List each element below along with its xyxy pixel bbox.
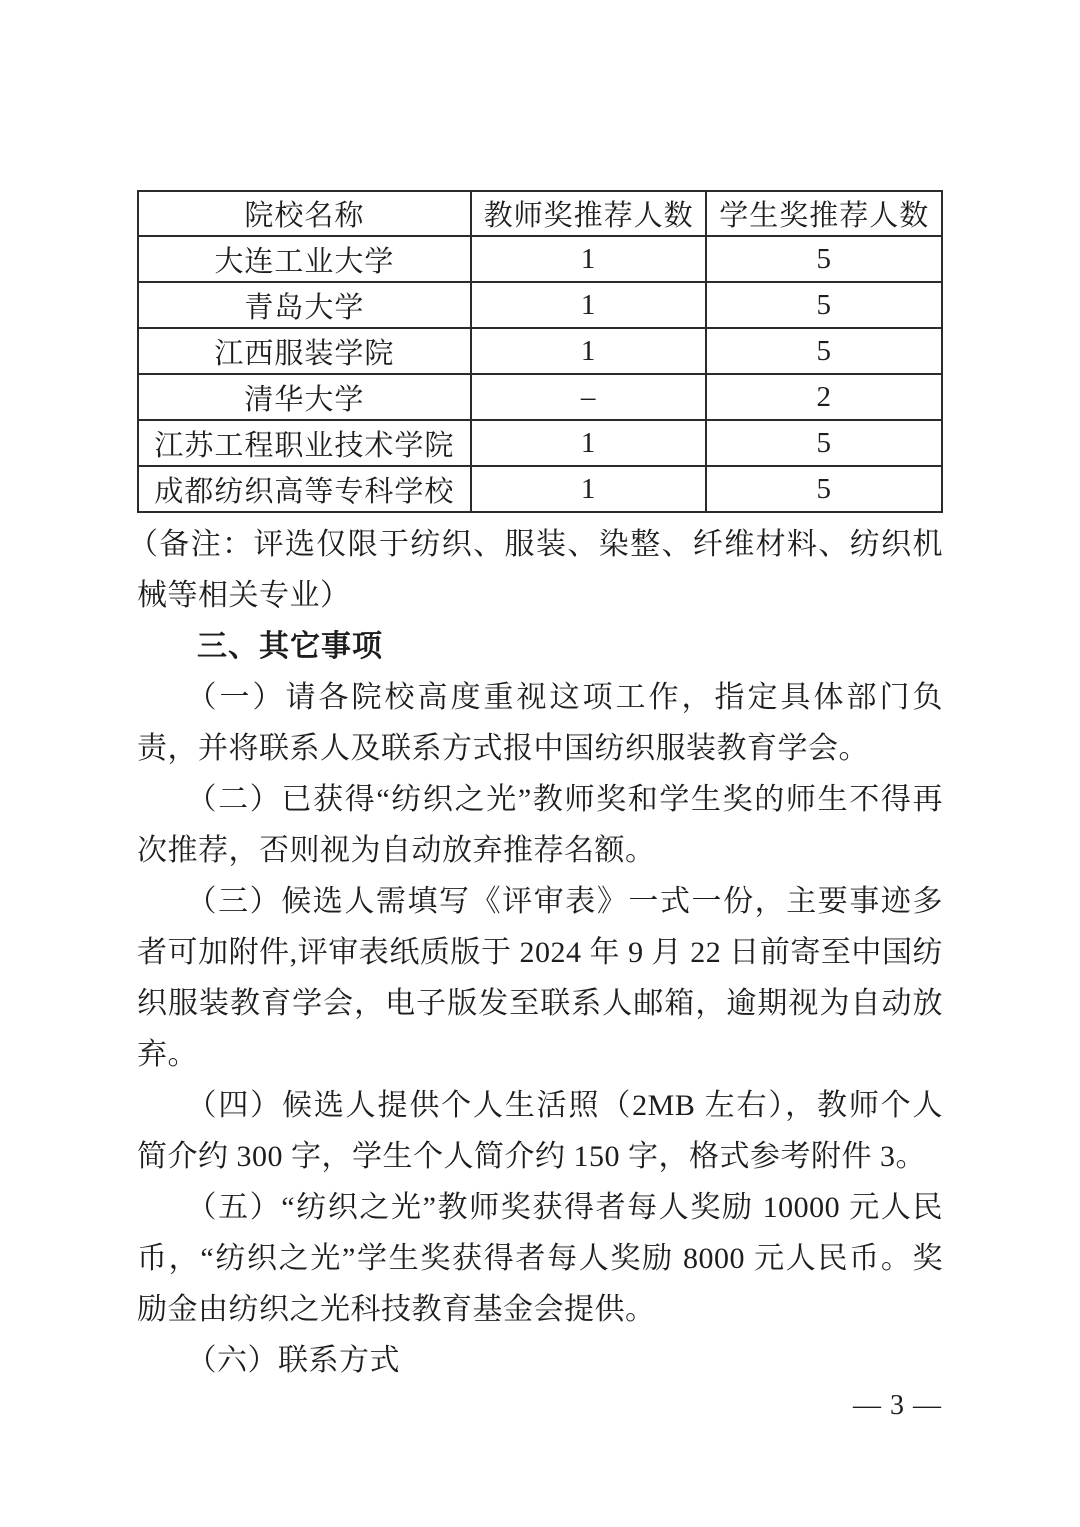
col-header-teacher-quota: 教师奖推荐人数 xyxy=(471,191,707,236)
table-row: 江苏工程职业技术学院 1 5 xyxy=(138,420,942,466)
paragraph-6: （六）联系方式 xyxy=(137,1335,943,1386)
student-quota-cell: 5 xyxy=(706,420,942,466)
document-content: 院校名称 教师奖推荐人数 学生奖推荐人数 大连工业大学 1 5 青岛大学 1 5… xyxy=(137,190,943,1386)
section-heading: 三、其它事项 xyxy=(137,621,943,672)
table-row: 青岛大学 1 5 xyxy=(138,282,942,328)
paragraph-3: （三）候选人需填写《评审表》一式一份，主要事迹多者可加附件,评审表纸质版于 20… xyxy=(137,876,943,1080)
table-row: 大连工业大学 1 5 xyxy=(138,236,942,282)
school-name-cell: 江西服装学院 xyxy=(138,328,471,374)
school-name-cell: 青岛大学 xyxy=(138,282,471,328)
student-quota-cell: 5 xyxy=(706,466,942,512)
teacher-quota-cell: 1 xyxy=(471,420,707,466)
teacher-quota-cell: 1 xyxy=(471,236,707,282)
student-quota-cell: 5 xyxy=(706,236,942,282)
col-header-student-quota: 学生奖推荐人数 xyxy=(706,191,942,236)
paragraph-5: （五）“纺织之光”教师奖获得者每人奖励 10000 元人民币，“纺织之光”学生奖… xyxy=(137,1182,943,1335)
school-name-cell: 江苏工程职业技术学院 xyxy=(138,420,471,466)
table-row: 清华大学 – 2 xyxy=(138,374,942,420)
paragraph-4: （四）候选人提供个人生活照（2MB 左右），教师个人简介约 300 字，学生个人… xyxy=(137,1080,943,1182)
paragraph-1: （一）请各院校高度重视这项工作，指定具体部门负责，并将联系人及联系方式报中国纺织… xyxy=(137,672,943,774)
table-row: 江西服装学院 1 5 xyxy=(138,328,942,374)
table-note: （备注：评选仅限于纺织、服装、染整、纤维材料、纺织机械等相关专业） xyxy=(137,519,943,621)
teacher-quota-cell: 1 xyxy=(471,466,707,512)
school-name-cell: 成都纺织高等专科学校 xyxy=(138,466,471,512)
quota-table: 院校名称 教师奖推荐人数 学生奖推荐人数 大连工业大学 1 5 青岛大学 1 5… xyxy=(137,190,943,513)
table-header-row: 院校名称 教师奖推荐人数 学生奖推荐人数 xyxy=(138,191,942,236)
page-number: — 3 — xyxy=(853,1390,942,1422)
student-quota-cell: 5 xyxy=(706,328,942,374)
school-name-cell: 大连工业大学 xyxy=(138,236,471,282)
student-quota-cell: 5 xyxy=(706,282,942,328)
teacher-quota-cell: 1 xyxy=(471,328,707,374)
col-header-school-name: 院校名称 xyxy=(138,191,471,236)
body-text: （备注：评选仅限于纺织、服装、染整、纤维材料、纺织机械等相关专业） 三、其它事项… xyxy=(137,519,943,1386)
table-row: 成都纺织高等专科学校 1 5 xyxy=(138,466,942,512)
paragraph-2: （二）已获得“纺织之光”教师奖和学生奖的师生不得再次推荐，否则视为自动放弃推荐名… xyxy=(137,774,943,876)
teacher-quota-cell: 1 xyxy=(471,282,707,328)
student-quota-cell: 2 xyxy=(706,374,942,420)
teacher-quota-cell: – xyxy=(471,374,707,420)
school-name-cell: 清华大学 xyxy=(138,374,471,420)
document-page: 院校名称 教师奖推荐人数 学生奖推荐人数 大连工业大学 1 5 青岛大学 1 5… xyxy=(0,0,1080,1527)
